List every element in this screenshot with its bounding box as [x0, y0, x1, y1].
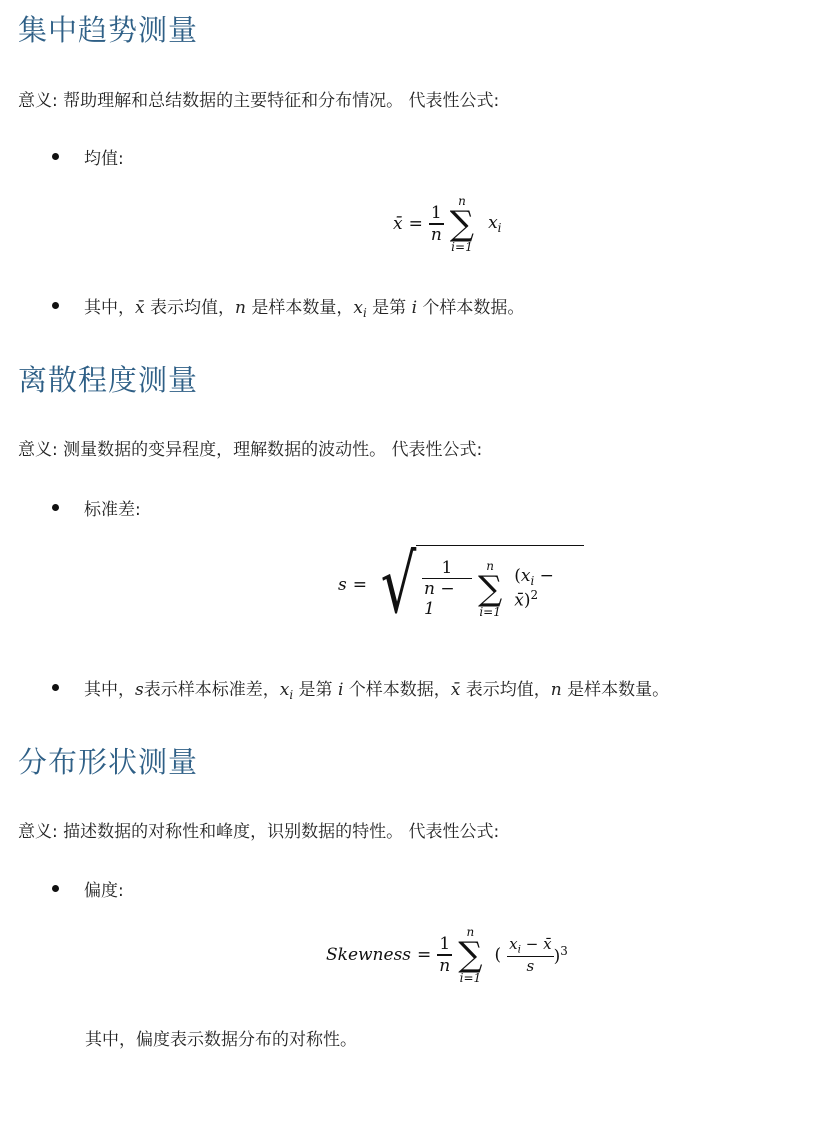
bullet-item-skewness: 偏度:: [52, 876, 352, 900]
bullet-label: 均值:: [84, 144, 124, 169]
section-title-distribution-shape: 分布形状测量: [18, 740, 198, 781]
bullet-icon: [52, 504, 59, 511]
bullet-icon: [52, 302, 59, 309]
fraction: 1 n: [429, 203, 444, 244]
frac-denominator: n: [437, 956, 452, 976]
fraction: 1 n: [437, 934, 452, 975]
formula-eq: =: [409, 214, 423, 234]
section-meaning: 意义: 描述数据的对称性和峰度，识别数据的特性。 代表性公式:: [18, 817, 499, 842]
fraction: 1 n − 1: [422, 558, 472, 619]
formula-eq: =: [353, 575, 367, 595]
bullet-item-mean-note: 其中，x̄ 表示均值，n 是样本数量，xi 是第 i 个样本数据。: [52, 293, 652, 317]
formula-lhs: Skewness: [326, 945, 411, 965]
section-meaning: 意义: 测量数据的变异程度，理解数据的波动性。 代表性公式:: [18, 435, 482, 460]
summation: n ∑ i=1: [458, 925, 482, 985]
formula-skewness: Skewness = 1 n n ∑ i=1 ( xi − x̄ s )3: [326, 925, 568, 985]
note-text: 其中，s表示样本标准差，xi 是第 i 个样本数据，x̄ 表示均值，n 是样本数…: [84, 675, 669, 702]
summation: n ∑ i=1: [478, 559, 502, 619]
formula-lhs: s: [338, 575, 347, 595]
section-title-dispersion: 离散程度测量: [18, 358, 198, 399]
bullet-icon: [52, 684, 59, 691]
sigma-icon: ∑: [478, 573, 502, 605]
formula-mean: x̄ = 1 n n ∑ i=1 xi: [393, 194, 501, 254]
sum-lower: i=1: [479, 605, 501, 619]
sigma-icon: ∑: [450, 208, 474, 240]
formula-eq: =: [417, 945, 431, 965]
frac-denominator: n − 1: [422, 579, 472, 619]
bullet-item-std: 标准差:: [52, 495, 352, 519]
frac-numerator: 1: [437, 934, 452, 954]
bullet-label: 标准差:: [84, 495, 141, 520]
formula-term: xi: [488, 213, 501, 235]
note-text: 其中，x̄ 表示均值，n 是样本数量，xi 是第 i 个样本数据。: [84, 293, 524, 320]
sum-lower: i=1: [460, 971, 482, 985]
formula-lhs: x̄: [393, 214, 403, 234]
summation: n ∑ i=1: [450, 194, 474, 254]
frac-numerator: 1: [429, 203, 444, 223]
section-meaning: 意义: 帮助理解和总结数据的主要特征和分布情况。 代表性公式:: [18, 86, 499, 111]
bullet-icon: [52, 885, 59, 892]
inner-fraction: xi − x̄ s: [507, 935, 553, 975]
section-title-central-tendency: 集中趋势测量: [18, 8, 198, 49]
sum-lower: i=1: [451, 240, 473, 254]
frac-denominator: n: [429, 225, 444, 245]
paren-close: )3: [554, 944, 568, 967]
frac-numerator: 1: [440, 558, 455, 578]
paren-open: (: [495, 945, 502, 965]
sqrt: √ 1 n − 1 n ∑ i=1 (xi − x̄)2: [373, 545, 584, 625]
bullet-icon: [52, 153, 59, 160]
formula-std: s = √ 1 n − 1 n ∑ i=1 (xi − x̄)2: [338, 545, 584, 625]
formula-term: (xi − x̄)2: [514, 566, 582, 611]
sqrt-icon: √: [381, 545, 417, 625]
skewness-note: 其中，偏度表示数据分布的对称性。: [85, 1025, 357, 1050]
bullet-item-mean: 均值:: [52, 144, 352, 168]
bullet-label: 偏度:: [84, 876, 124, 901]
bullet-item-std-note: 其中，s表示样本标准差，xi 是第 i 个样本数据，x̄ 表示均值，n 是样本数…: [52, 675, 792, 699]
sigma-icon: ∑: [458, 939, 482, 971]
